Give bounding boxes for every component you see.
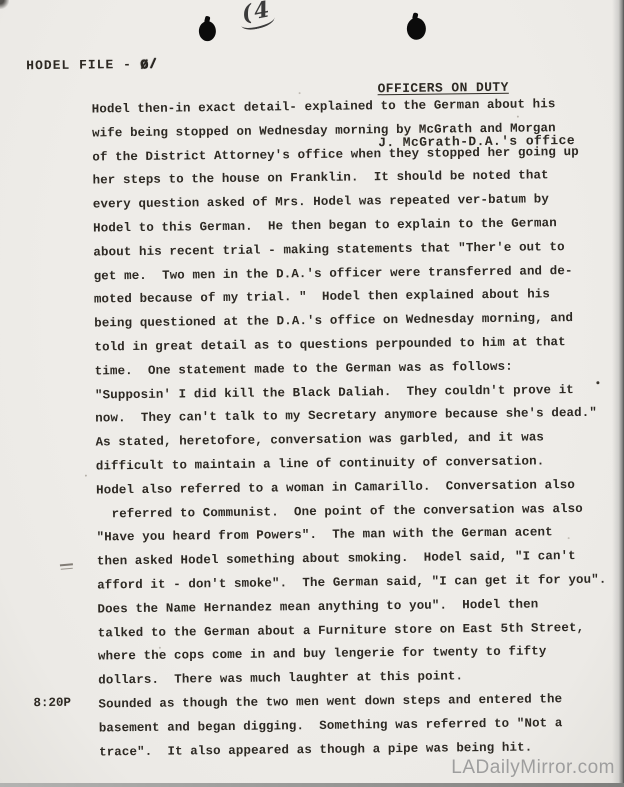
stray-pencil-mark	[60, 563, 73, 566]
watermark: LADailyMirror.com	[451, 757, 615, 779]
time-label: 8:20P	[33, 696, 71, 710]
scan-edge-bottom	[0, 783, 624, 787]
fastener-left-icon	[199, 21, 216, 41]
scan-edge-right	[612, 0, 624, 787]
file-header: HODEL FILE - Ø/	[26, 57, 158, 73]
paper-sheet: (4 HODEL FILE - Ø/ OFFICERS ON DUTY J. M…	[0, 0, 624, 787]
corner-smudge	[0, 0, 9, 9]
file-label: HODEL FILE -	[26, 57, 141, 73]
fastener-right-icon	[407, 18, 426, 40]
file-number-mark: Ø/	[140, 56, 159, 72]
scanned-document-page: (4 HODEL FILE - Ø/ OFFICERS ON DUTY J. M…	[0, 0, 624, 787]
document-body: Hodel then-in exact detail- explained to…	[92, 93, 615, 765]
